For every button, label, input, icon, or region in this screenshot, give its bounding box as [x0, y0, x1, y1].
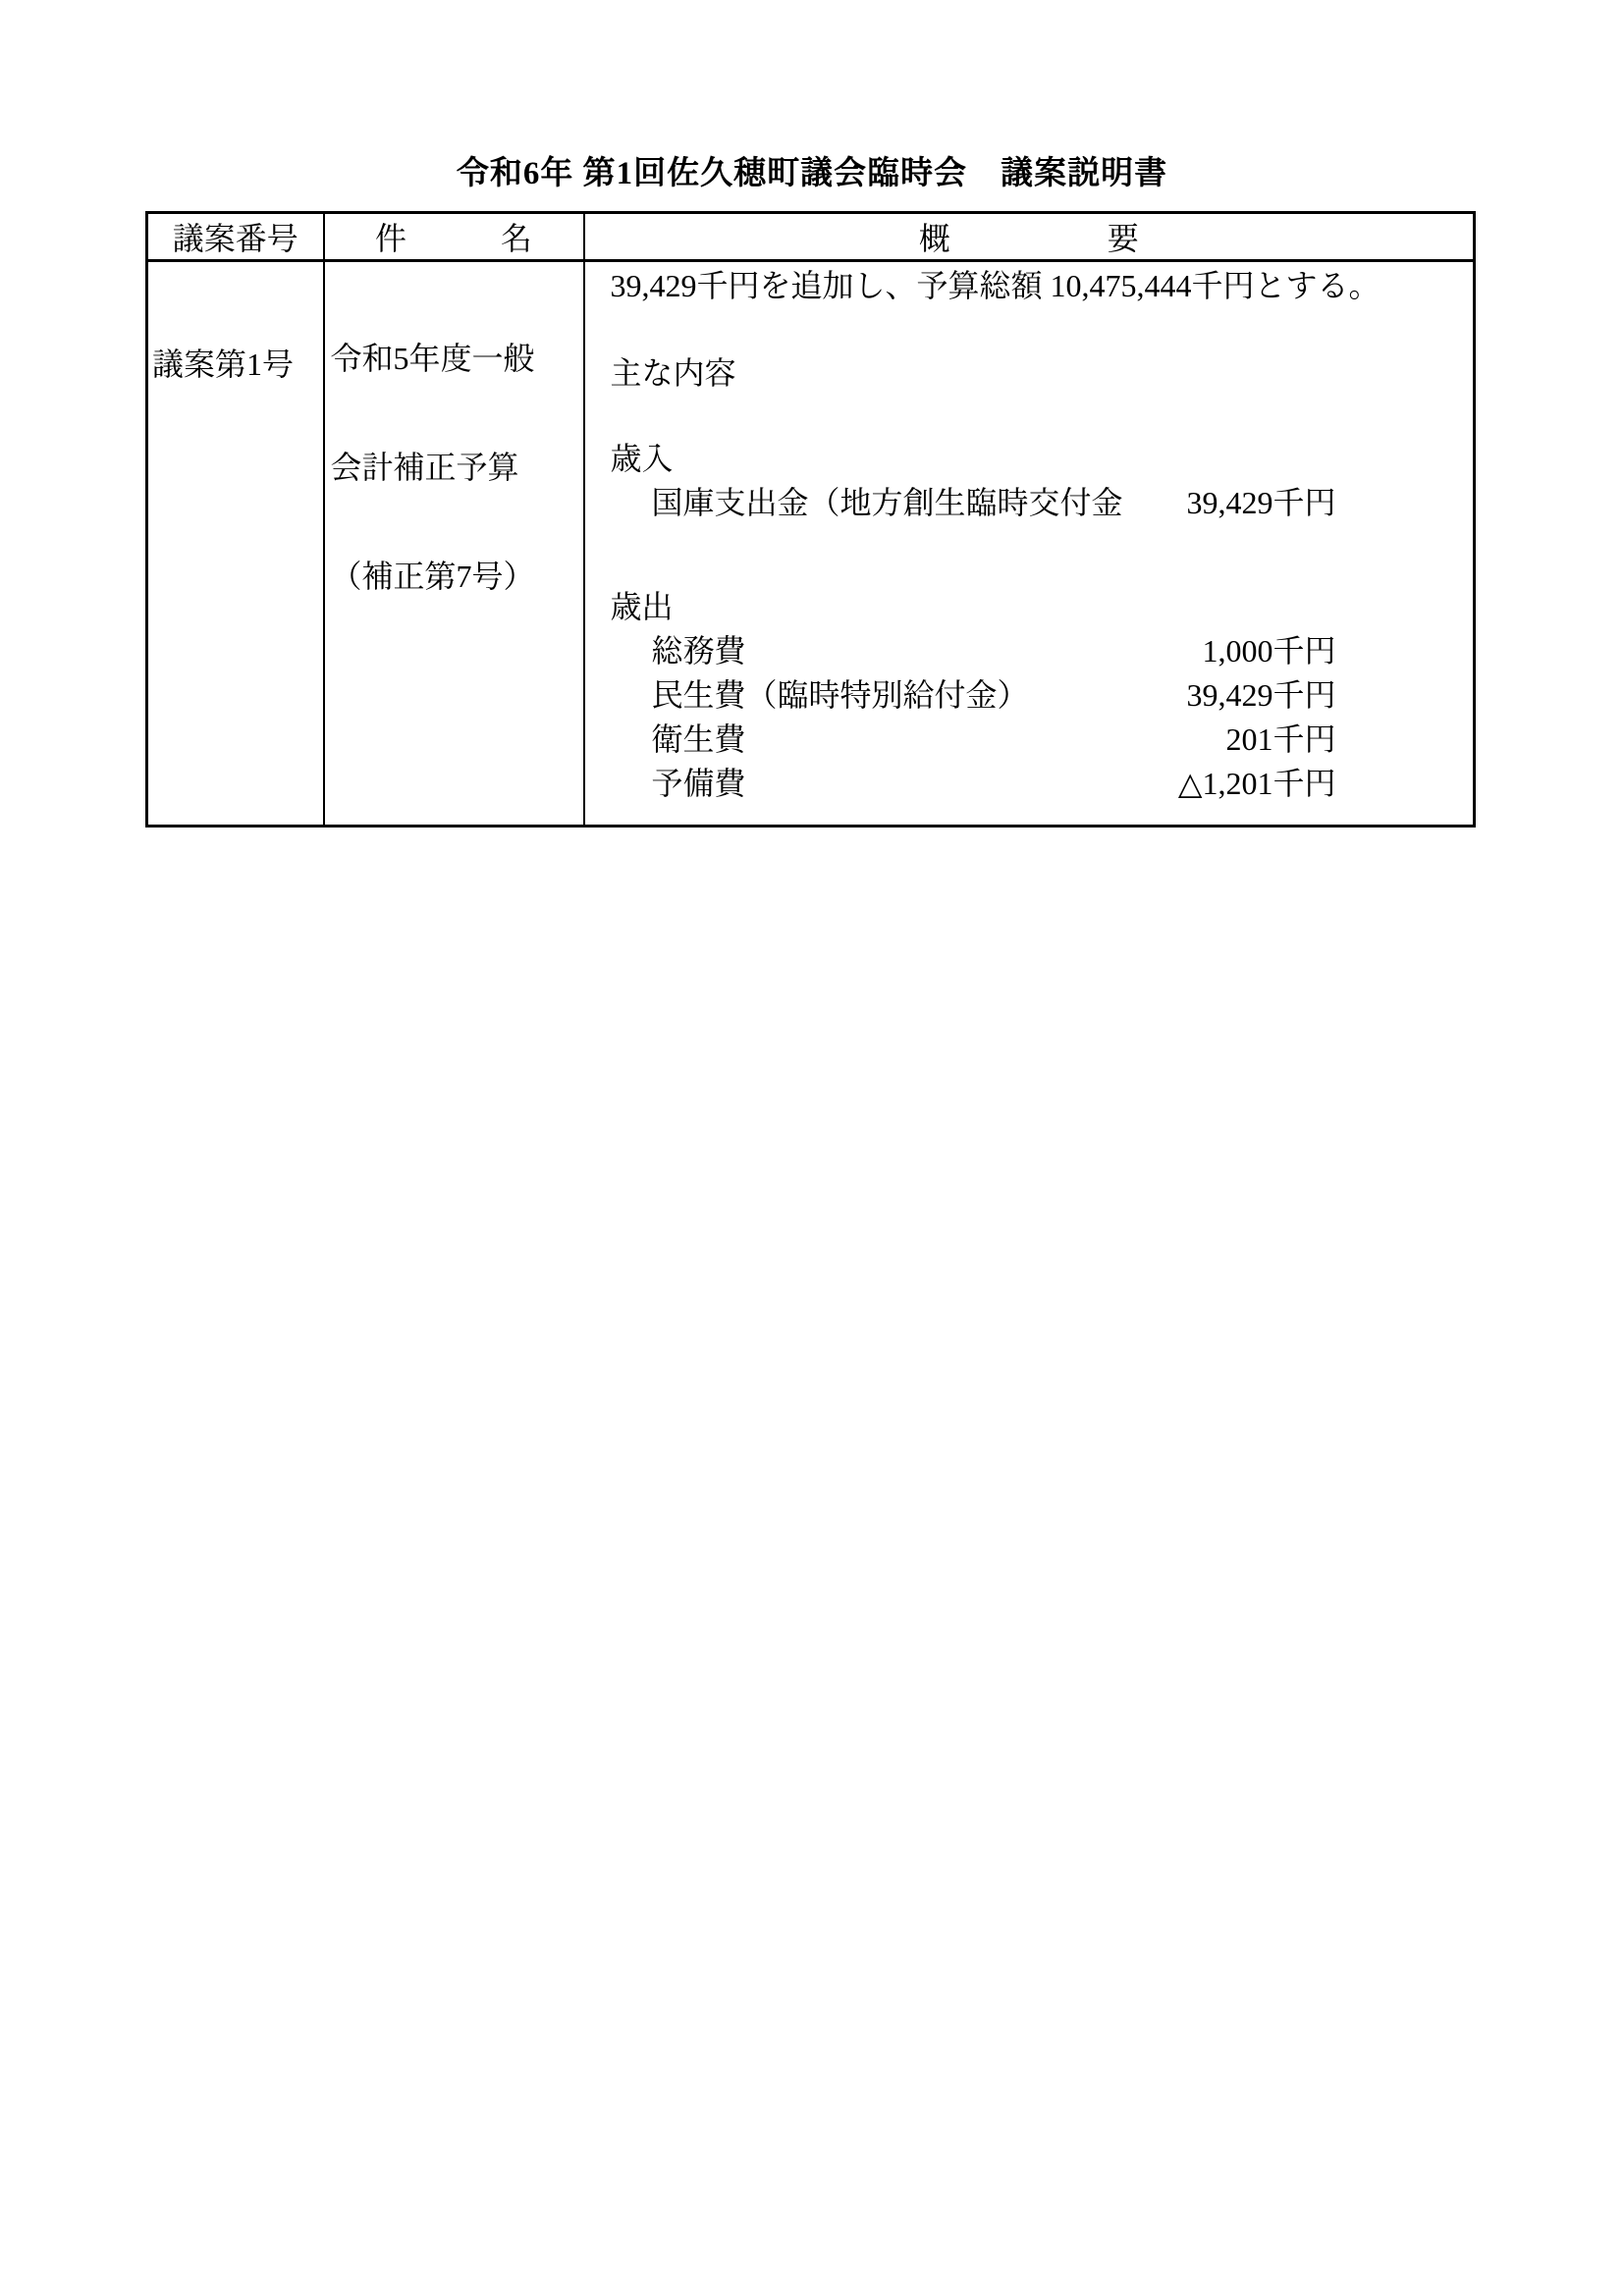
expense-item-amount: 39,429千円 [1186, 673, 1335, 718]
table-row: 議案第1号 令和5年度一般 会計補正予算 （補正第7号） 39,429千円を追加… [147, 261, 1475, 827]
expense-item-label: 総務費 [652, 629, 746, 673]
col-header-bill-number: 議案番号 [147, 213, 324, 261]
cell-bill-summary: 39,429千円を追加し、予算総額 10,475,444千円とする。 主な内容 … [584, 261, 1475, 827]
expense-item-row: 民生費（臨時特別給付金） 39,429千円 [611, 673, 1336, 718]
summary-expenditure-heading: 歳出 [611, 585, 1336, 629]
bill-name-line: 令和5年度一般 [331, 341, 579, 377]
bill-name-line: 会計補正予算 [331, 450, 579, 486]
col-header-summary: 概 要 [584, 213, 1475, 261]
expense-item-label: 衛生費 [652, 718, 746, 762]
page-title: 令和6年 第1回佐久穂町議会臨時会 議案説明書 [0, 155, 1624, 192]
revenue-item-label: 国庫支出金（地方創生臨時交付金 [652, 481, 1123, 525]
bill-number-text: 議案第1号 [152, 340, 321, 385]
summary-revenue-heading: 歳入 [611, 437, 1336, 481]
expense-item-row: 予備費 △1,201千円 [611, 762, 1336, 806]
bill-table: 議案番号 件 名 概 要 議案第1号 令和5年度一般 会計補正予算 （補正第7号… [145, 211, 1476, 828]
revenue-item-amount: 39,429千円 [1186, 481, 1335, 525]
col-header-bill-name: 件 名 [324, 213, 584, 261]
cell-bill-name: 令和5年度一般 会計補正予算 （補正第7号） [324, 261, 584, 827]
bill-name-line: （補正第7号） [331, 559, 579, 595]
expense-item-amount: 201千円 [1225, 718, 1335, 762]
expense-item-amount: 1,000千円 [1202, 629, 1335, 673]
expense-item-amount: △1,201千円 [1178, 762, 1336, 806]
summary-budget-total-line: 39,429千円を追加し、予算総額 10,475,444千円とする。 [611, 264, 1474, 308]
revenue-item-row: 国庫支出金（地方創生臨時交付金 39,429千円 [611, 481, 1336, 525]
table-header-row: 議案番号 件 名 概 要 [147, 213, 1475, 261]
expense-item-label: 民生費（臨時特別給付金） [652, 673, 1029, 718]
cell-bill-number: 議案第1号 [147, 261, 324, 827]
document-page: 令和6年 第1回佐久穂町議会臨時会 議案説明書 議案番号 件 名 概 要 議案第… [0, 0, 1624, 2296]
expense-item-row: 衛生費 201千円 [611, 718, 1336, 762]
expense-item-row: 総務費 1,000千円 [611, 629, 1336, 673]
expense-item-label: 予備費 [652, 762, 746, 806]
summary-main-content-heading: 主な内容 [611, 351, 1474, 396]
